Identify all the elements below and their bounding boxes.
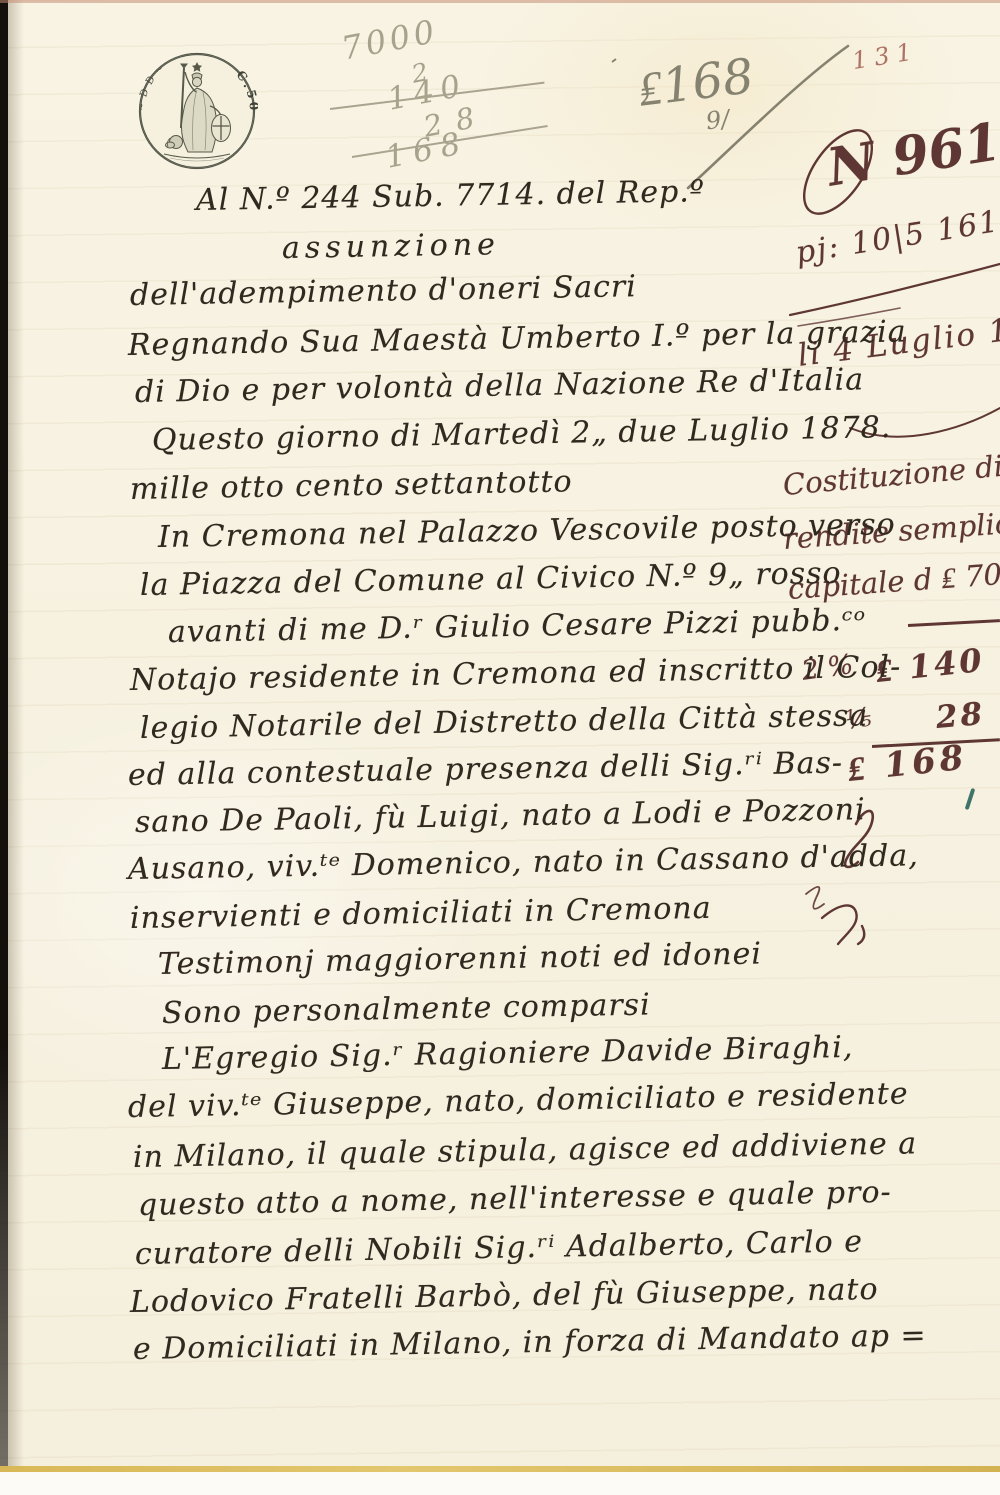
margin-registration-reference: pj: 10|5 161 14 [793, 196, 1000, 271]
fee-amount-note: ₤168 [635, 48, 757, 118]
scan-left-edge [0, 0, 8, 1495]
revenue-stamp-seal-icon: C.50. ~ D D ~ [136, 42, 258, 190]
folio-number: 131 [850, 37, 920, 75]
body-line: del viv.ᵗᵉ Giuseppe, nato, domiciliato e… [128, 1076, 909, 1125]
body-line: Lodovico Fratelli Barbò, del fù Giuseppe… [130, 1272, 879, 1320]
body-line: assunzione [282, 227, 500, 266]
body-line: dell'adempimento d'oneri Sacri [130, 269, 637, 313]
registration-underline-flourish [790, 264, 1000, 315]
scan-bottom-margin [0, 1472, 1000, 1495]
body-line: ed alla contestuale presenza delli Sig.ʳ… [128, 746, 844, 793]
body-line: legio Notarile del Distretto della Città… [140, 698, 869, 746]
body-line: Regnando Sua Maestà Umberto I.º per la g… [128, 314, 907, 363]
body-line: curatore delli Nobili Sig.ʳⁱ Adalberto, … [135, 1224, 864, 1272]
body-line: sano De Paoli, fù Luigi, nato a Lodi e P… [135, 792, 866, 840]
pencil-capital-figure: 7000 [338, 12, 441, 68]
paraph-flourish-2 [822, 905, 864, 944]
margin-object-line-1: Costituzione di [782, 449, 1000, 502]
scanned-notarial-deed-page: C.50. ~ D D ~ 7000 2 1 [0, 0, 1000, 1495]
svg-text:~ D D ~: ~ D D ~ [136, 62, 167, 111]
pencil-total-figure: 168 [383, 124, 472, 175]
green-check-mark [965, 788, 976, 810]
margin-registration-number: N 961 [823, 111, 1000, 198]
margin-fee-addend: 28 [934, 696, 986, 736]
body-line: Testimonj maggiorenni noti ed idonei [158, 936, 763, 982]
body-line: questo atto a nome, nell'interesse e qua… [138, 1175, 892, 1223]
body-line: Ausano, viv.ᵗᵉ Domenico, nato in Cassano… [128, 838, 919, 887]
body-line: Notajo residente in Cremona ed inscritto… [130, 650, 902, 698]
body-line: la Piazza del Comune al Civico N.º 9„ ro… [140, 556, 842, 603]
body-line: Sono personalmente comparsi [162, 987, 651, 1031]
stamp-denomination: C.50. [136, 42, 258, 114]
body-line: di Dio e per volontà della Nazione Re d'… [135, 362, 865, 410]
body-line: Questo giorno di Martedì 2„ due Luglio 1… [152, 410, 892, 458]
stamp-left-mark: ~ D D ~ [136, 62, 167, 111]
body-line: mille otto cento settantotto [130, 464, 573, 507]
scan-top-edge [0, 0, 1000, 3]
body-line: Al N.º 244 Sub. 7714. del Rep.º [196, 174, 705, 218]
body-line: L'Egregio Sig.ʳ Ragioniere Davide Biragh… [162, 1030, 854, 1077]
body-line: inservienti e domiciliati in Cremona [130, 891, 712, 936]
margin-fee-total: ₤ 168 [846, 738, 969, 790]
stamp-figure-italia [164, 62, 231, 161]
fee-fraction-note: 9/ [704, 105, 731, 136]
page-left-shadow [8, 0, 24, 1495]
body-line: e Domiciliati in Milano, in forza di Man… [133, 1318, 927, 1367]
svg-text:C.50.: C.50. [136, 42, 258, 114]
body-line: avanti di me D.ʳ Giulio Cesare Pizzi pub… [168, 603, 867, 650]
margin-object-underline [908, 619, 1000, 626]
body-line: in Milano, il quale stipula, agisce ed a… [133, 1126, 918, 1175]
